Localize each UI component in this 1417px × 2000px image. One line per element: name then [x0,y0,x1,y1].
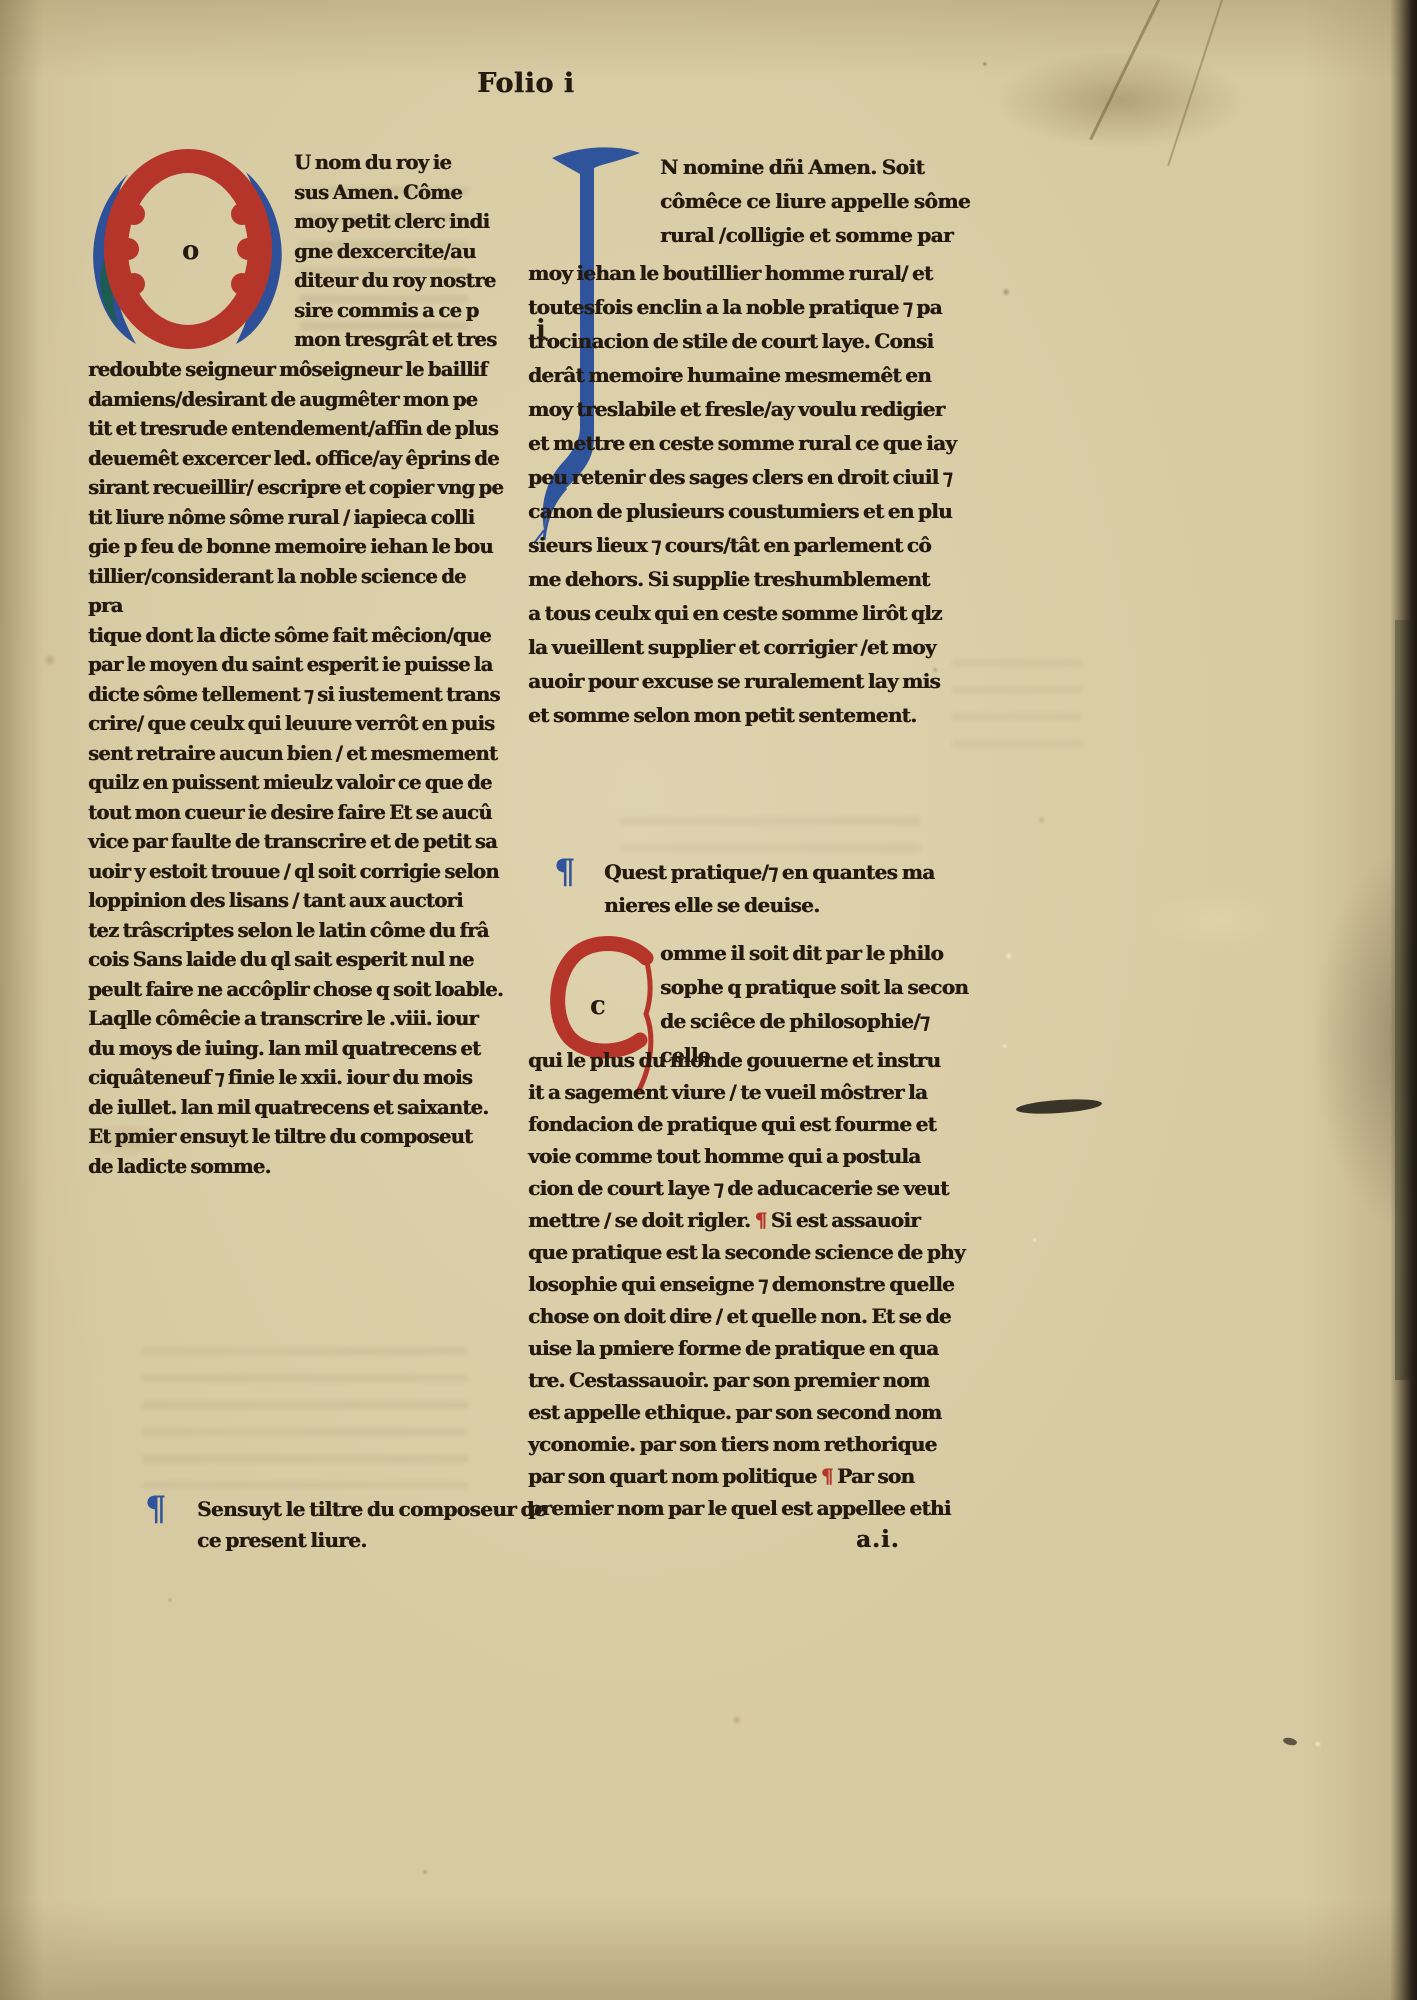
right-intro-text: N nomine dñi Amen. Soit cômêce ce liure … [660,150,972,252]
bleedthrough-text [620,798,920,854]
book-edge [1390,0,1417,2000]
left-intro-row: o U nom du roy ie sus Amen. Côme moy pet… [88,148,504,355]
colophon-note-text: Sensuyt le tiltre du composeur de ce pre… [197,1494,546,1556]
ink-smear [1016,1097,1103,1116]
crease-mark [1089,0,1162,141]
manuscript-page: Folio i o U no [0,0,1417,2000]
ink-speck [1282,1737,1297,1747]
chapter-intro-row: c omme il soit dit par le philo sophe q … [528,936,976,1040]
illuminated-initial-o: o [88,142,288,356]
pilcrow-icon: ¶ [755,1208,767,1232]
crease-mark [1167,0,1225,166]
guide-letter-o: o [182,236,199,266]
right-text-column: i N nomine dñi Amen. Soit cômêce ce liur… [528,150,976,254]
initial-o-artwork: o [88,142,288,356]
bleedthrough-text [142,1328,468,1488]
right-body-text: moy iehan le boutillier homme rural/ et … [528,256,976,732]
chapter-heading: ¶ Quest pratique/⁊ en quantes ma nieres … [554,856,974,922]
pilcrow-icon: ¶ [821,1464,833,1488]
chapter-body-text: qui le plus du monde gouuerne et instru … [528,1044,976,1524]
chapter-heading-text: Quest pratique/⁊ en quantes ma nieres el… [604,856,935,922]
pilcrow-icon: ¶ [145,1494,197,1556]
guide-letter-c: c [590,991,606,1021]
right-intro-row: i N nomine dñi Amen. Soit cômêce ce liur… [528,150,976,254]
left-body-text: redoubte seigneur môseigneur le baillif … [88,355,504,1181]
left-intro-text: U nom du roy ie sus Amen. Côme moy petit… [294,148,504,355]
colophon-note: ¶ Sensuyt le tiltre du composeur de ce p… [145,1494,575,1556]
pilcrow-icon: ¶ [554,856,604,922]
folio-header: Folio i [477,68,574,99]
left-text-column: o U nom du roy ie sus Amen. Côme moy pet… [88,148,504,1181]
quire-signature: a.i. [856,1526,900,1553]
